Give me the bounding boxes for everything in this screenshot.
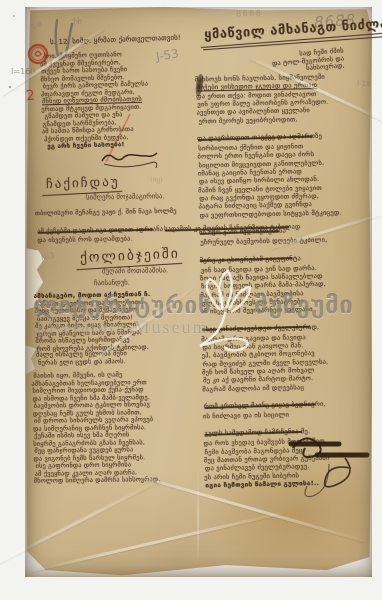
subtitle-kolibjeishi-a: მუღამი მოთამაშისა. bbox=[102, 266, 168, 275]
inventory-number: I=160 bbox=[11, 67, 35, 76]
handwritten-line: მერე კი ცხოვრებამ გაგვფანტა bbox=[199, 254, 300, 264]
manuscript-scan-photo: 8688 8688 1-8 № I=160 2 J-53 I-18 №3 ს. … bbox=[0, 0, 382, 600]
dust-speck bbox=[13, 15, 15, 17]
subtitle-kolibjeishi-b: ჩაისანდუხ. bbox=[94, 279, 130, 288]
handwritten-line: ნურას ელი ცუდს და ამაოს. bbox=[38, 358, 127, 367]
section-heading-chakichdau: ჩაქიჩდაუ bbox=[46, 175, 120, 194]
left-stanza-5: მაისის იყო, მშვენი, ის ღამეამხანაგებთან … bbox=[31, 371, 160, 485]
handwritten-line: რომ ერთხელ მაინც ვიყავ ბედნიერი, bbox=[204, 400, 326, 411]
red-number: 2 bbox=[25, 88, 36, 105]
left-stanza-3: ამხანაგებო, მოდით აქ ჩვენთან ჩ.ჩანგით და… bbox=[33, 291, 151, 353]
handwritten-line: უზრუნველ ბავშვობის დღეები ტკბილი, bbox=[200, 236, 342, 247]
handwritten-line: აწ ისევ რომ შევიყარნეთ ყველანი bbox=[201, 305, 344, 316]
handwritten-line: ამ ქუჩებში დადის იგი დილით ადრიანა bbox=[37, 226, 163, 236]
handwritten-line: ის იყო ჟამი ბედნიერებისა bbox=[199, 227, 286, 237]
left-stanza-4: მალე ისწავლე ხელობა შენინურას ელი ცუდს დ… bbox=[36, 350, 127, 367]
left-stanza-1: ჰოი, მოყმენო ღვთისანოამ ქვეყნად მშვენიერ… bbox=[39, 51, 150, 151]
first-signature-flourish bbox=[98, 149, 164, 169]
right-margin-number: I-18 bbox=[357, 79, 371, 88]
section-heading-kolibjeishi: ქოლიბჯეიში bbox=[80, 246, 180, 267]
handwritten-line: ის ნიძლავი და ის სიცილი bbox=[203, 409, 346, 420]
author-signature-flourish bbox=[283, 428, 382, 506]
stamp-number-faint: 8688 bbox=[236, 9, 263, 19]
heading-pencil-note: (იყ) bbox=[150, 176, 163, 184]
subtitle-chakichdau: სიმღერა მოჯამაგირისა. bbox=[86, 192, 165, 201]
handwritten-line: და დავრბოდით თავქვე და აღმართზე bbox=[197, 132, 322, 143]
handwritten-line: და ვუფრთხილდებოდით სიტყვას მტკიცედ. bbox=[200, 208, 342, 219]
handwritten-line: ისევ ვინაძლავებდეთ ძველებურად, bbox=[202, 323, 319, 334]
dust-speck bbox=[9, 86, 11, 88]
